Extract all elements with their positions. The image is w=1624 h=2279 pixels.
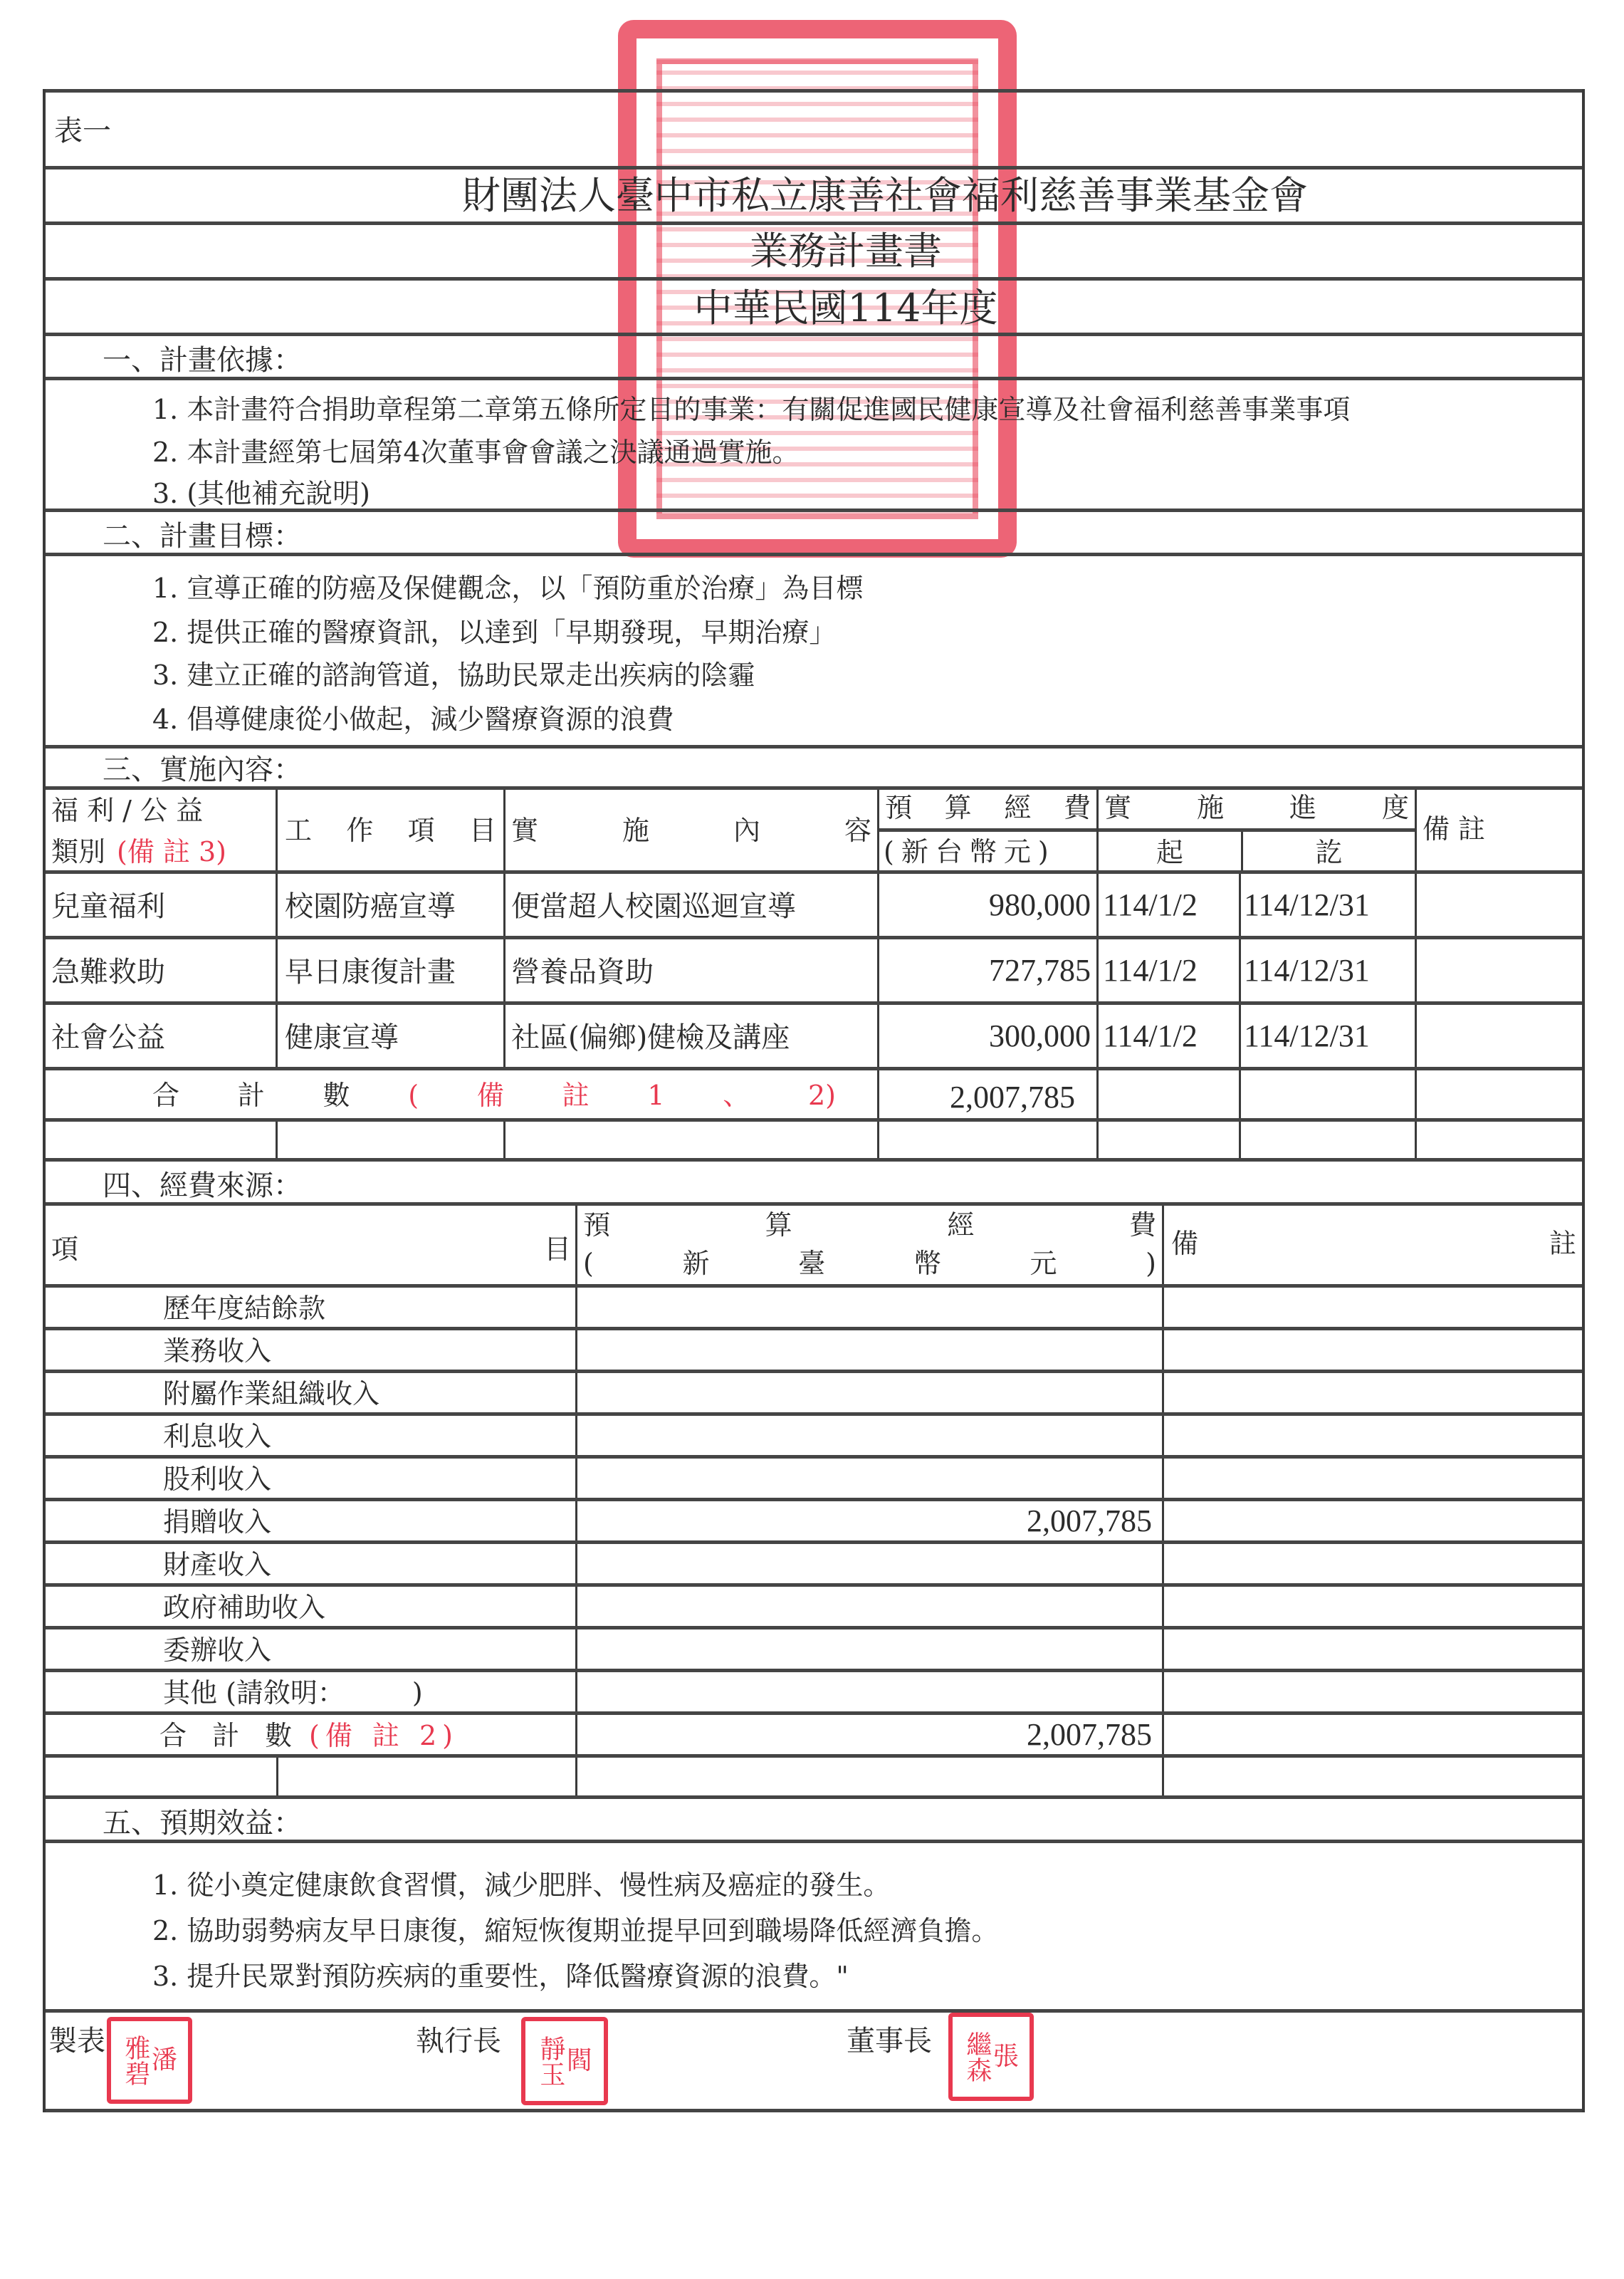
col-work-item: 工作項目 bbox=[276, 790, 503, 870]
hdr-char: 元 bbox=[1030, 1250, 1057, 1277]
preparer-seal: 潘 雅碧 bbox=[107, 2017, 192, 2104]
funding-row: 業務收入 bbox=[46, 1327, 1582, 1370]
funding-item: 捐贈收入 bbox=[163, 1508, 271, 1535]
col-budget: 預算經費 (新台幣元) bbox=[877, 790, 1096, 870]
doc-title: 業務計畫書 bbox=[46, 232, 1582, 271]
hdr-char: 算 bbox=[765, 1211, 792, 1238]
col-item-label-right: 目 bbox=[544, 1236, 571, 1263]
col-start: 起 bbox=[1099, 832, 1241, 870]
funding-row: 附屬作業組織收入 bbox=[46, 1370, 1582, 1412]
hdr-char: 實 bbox=[1104, 794, 1131, 821]
chair-seal: 張 繼森 bbox=[948, 2013, 1034, 2101]
row-budget: 727,785 bbox=[989, 955, 1091, 986]
org-title-row: 財團法人臺中市私立康善社會福利慈善事業基金會 bbox=[46, 166, 1582, 221]
row-start: 114/1/2 bbox=[1103, 955, 1198, 986]
funding-item: 其他 (請敘明： ) bbox=[163, 1679, 423, 1706]
hdr-char: ( bbox=[583, 1250, 594, 1277]
row-work-item: 校園防癌宣導 bbox=[285, 892, 456, 921]
hdr-char: 算 bbox=[945, 794, 972, 821]
col-category-note: (備 註 3) bbox=[117, 838, 226, 865]
row-end: 114/12/31 bbox=[1244, 955, 1370, 986]
section4-heading: 四、經費來源： bbox=[103, 1172, 302, 1200]
total-note-char: 2) bbox=[808, 1082, 836, 1109]
basis-item-1: 1. 本計畫符合捐助章程第二章第五條所定目的事業：有關促進國民健康宣導及社會福利… bbox=[152, 396, 1350, 423]
seal-text: 張 bbox=[993, 2043, 1019, 2070]
benefit-item-3: 3. 提升民眾對預防疾病的重要性，降低醫療資源的浪費。" bbox=[152, 1963, 849, 1990]
row-content: 社區(偏鄉)健檢及講座 bbox=[511, 1023, 790, 1052]
ceo-label: 執行長 bbox=[416, 2027, 501, 2055]
section3-heading: 三、實施內容： bbox=[103, 756, 302, 784]
funding-total-amount: 2,007,785 bbox=[1027, 1719, 1152, 1751]
funding-item: 委辦收入 bbox=[163, 1637, 271, 1664]
impl-total-row: 合 計 數 ( 備 註 1 、 2) 2,007,785 bbox=[46, 1067, 1582, 1118]
hdr-char: ) bbox=[1146, 1250, 1156, 1277]
col-remark: 備註 bbox=[1415, 790, 1582, 870]
row-content: 營養品資助 bbox=[511, 958, 654, 986]
row-budget: 300,000 bbox=[989, 1021, 1091, 1052]
section3-heading-row: 三、實施內容： bbox=[46, 745, 1582, 786]
funding-item: 政府補助收入 bbox=[163, 1594, 325, 1621]
signature-row: 製表 潘 雅碧 執行長 閻 靜玉 董事長 張 繼森 bbox=[46, 2009, 1582, 2112]
section2-heading: 二、計畫目標： bbox=[103, 522, 302, 551]
col-funding-budget: 預算經費 (新臺幣元) bbox=[575, 1206, 1162, 1284]
section5-heading: 五、預期效益： bbox=[103, 1809, 302, 1837]
row-work-item: 健康宣導 bbox=[285, 1023, 399, 1052]
hdr-char: 容 bbox=[844, 817, 871, 844]
year-row: 中華民國114年度 bbox=[46, 277, 1582, 333]
row-start: 114/1/2 bbox=[1103, 890, 1198, 921]
col-end-label: 訖 bbox=[1243, 839, 1415, 866]
impl-table-row: 兒童福利 校園防癌宣導 便當超人校園巡迴宣導 980,000 114/1/2 1… bbox=[46, 870, 1582, 936]
total-note-char: 備 bbox=[477, 1082, 504, 1109]
doc-title-row: 業務計畫書 bbox=[46, 221, 1582, 277]
section2-heading-row: 二、計畫目標： bbox=[46, 509, 1582, 553]
plan-year: 中華民國114年度 bbox=[46, 289, 1582, 328]
total-note-char: 1 bbox=[647, 1082, 664, 1109]
goal-item-4: 4. 倡導健康從小做起，減少醫療資源的浪費 bbox=[152, 706, 674, 733]
hdr-char: 臺 bbox=[798, 1250, 825, 1277]
total-char: 計 bbox=[238, 1082, 265, 1109]
row-budget: 980,000 bbox=[989, 890, 1091, 921]
row-category: 兒童福利 bbox=[51, 892, 165, 921]
hdr-char: 實 bbox=[511, 817, 538, 844]
hdr-char: 幣 bbox=[914, 1250, 941, 1277]
hdr-char: 進 bbox=[1289, 794, 1316, 821]
seal-text: 閻 bbox=[567, 2048, 592, 2075]
benefit-item-1: 1. 從小奠定健康飲食習慣，減少肥胖、慢性病及癌症的發生。 bbox=[152, 1872, 890, 1899]
section1-heading-row: 一、計畫依據： bbox=[46, 333, 1582, 377]
total-note-char: ( bbox=[408, 1082, 419, 1109]
funding-row: 歷年度結餘款 bbox=[46, 1284, 1582, 1327]
impl-blank-row bbox=[46, 1118, 1582, 1158]
chair-label: 董事長 bbox=[847, 2027, 932, 2055]
funding-total-row: 合 計 數 (備 註 2) 2,007,785 bbox=[46, 1711, 1582, 1754]
seal-text: 繼森 bbox=[963, 2031, 990, 2082]
col-funding-remark: 備 註 bbox=[1162, 1206, 1582, 1284]
seal-text: 潘 bbox=[152, 2047, 177, 2074]
hdr-char: 內 bbox=[733, 817, 760, 844]
col-end: 訖 bbox=[1241, 832, 1415, 870]
section5-heading-row: 五、預期效益： bbox=[46, 1795, 1582, 1840]
col-start-label: 起 bbox=[1099, 839, 1241, 866]
ceo-seal: 閻 靜玉 bbox=[521, 2017, 608, 2105]
goal-item-1: 1. 宣導正確的防癌及保健觀念，以「預防重於治療」為目標 bbox=[152, 575, 863, 602]
hdr-char: 項 bbox=[408, 817, 435, 844]
impl-table-row: 急難救助 早日康復計畫 營養品資助 727,785 114/1/2 114/12… bbox=[46, 936, 1582, 1001]
funding-row: 財產收入 bbox=[46, 1540, 1582, 1583]
impl-total-label: 合 計 數 ( 備 註 1 、 2) bbox=[152, 1082, 836, 1109]
funding-row: 政府補助收入 bbox=[46, 1583, 1582, 1626]
funding-total-note: (備 註 2) bbox=[309, 1722, 459, 1749]
basis-item-3: 3. (其他補充說明) bbox=[152, 480, 370, 507]
row-category: 急難救助 bbox=[51, 958, 165, 986]
row-end: 114/12/31 bbox=[1244, 1021, 1370, 1052]
total-note-char: 註 bbox=[562, 1082, 590, 1109]
hdr-char: 預 bbox=[885, 794, 912, 821]
col-category-line1: 福 利 / 公 益 bbox=[51, 797, 203, 824]
funding-item: 股利收入 bbox=[163, 1466, 271, 1493]
goal-item-2: 2. 提供正確的醫療資訊，以達到「早期發現，早期治療」 bbox=[152, 619, 836, 646]
funding-row: 利息收入 bbox=[46, 1412, 1582, 1455]
funding-item: 歷年度結餘款 bbox=[163, 1295, 325, 1322]
section5-body: 1. 從小奠定健康飲食習慣，減少肥胖、慢性病及癌症的發生。 2. 協助弱勢病友早… bbox=[46, 1840, 1582, 2009]
col-remark-left: 備 bbox=[1171, 1230, 1198, 1257]
section1-body: 1. 本計畫符合捐助章程第二章第五條所定目的事業：有關促進國民健康宣導及社會福利… bbox=[46, 377, 1582, 509]
org-name: 財團法人臺中市私立康善社會福利慈善事業基金會 bbox=[46, 177, 1582, 215]
hdr-char: 經 bbox=[947, 1211, 974, 1238]
funding-row: 其他 (請敘明： ) bbox=[46, 1669, 1582, 1711]
funding-item: 業務收入 bbox=[163, 1337, 271, 1365]
hdr-char: 目 bbox=[469, 817, 496, 844]
col-budget-unit: (新台幣元) bbox=[884, 838, 1056, 865]
row-start: 114/1/2 bbox=[1103, 1021, 1198, 1052]
row-work-item: 早日康復計畫 bbox=[285, 958, 456, 986]
hdr-char: 作 bbox=[346, 817, 373, 844]
col-remark-label: 備註 bbox=[1423, 815, 1494, 843]
funding-item: 財產收入 bbox=[163, 1551, 271, 1578]
seal-text: 雅碧 bbox=[122, 2035, 149, 2086]
hdr-char: 工 bbox=[285, 817, 312, 844]
hdr-char: 費 bbox=[1129, 1211, 1156, 1238]
section1-heading: 一、計畫依據： bbox=[103, 346, 302, 375]
seal-text: 靜玉 bbox=[537, 2035, 564, 2087]
preparer-label: 製表 bbox=[48, 2027, 105, 2055]
funding-table-header: 項 目 預算經費 (新臺幣元) 備 註 bbox=[46, 1202, 1582, 1284]
total-char: 數 bbox=[323, 1082, 350, 1109]
section4-heading-row: 四、經費來源： bbox=[46, 1158, 1582, 1202]
funding-row: 股利收入 bbox=[46, 1455, 1582, 1498]
hdr-char: 預 bbox=[583, 1211, 610, 1238]
impl-table-row: 社會公益 健康宣導 社區(偏鄉)健檢及講座 300,000 114/1/2 11… bbox=[46, 1001, 1582, 1067]
funding-blank-row bbox=[46, 1754, 1582, 1795]
basis-item-2: 2. 本計畫經第七屆第4次董事會會議之決議通過實施。 bbox=[152, 439, 800, 466]
col-progress: 實施進度 起 訖 bbox=[1096, 790, 1415, 870]
hdr-char: 經 bbox=[1004, 794, 1031, 821]
row-end: 114/12/31 bbox=[1244, 890, 1370, 921]
hdr-char: 施 bbox=[622, 817, 649, 844]
goal-item-3: 3. 建立正確的諮詢管道，協助民眾走出疾病的陰霾 bbox=[152, 662, 755, 689]
row-content: 便當超人校園巡迴宣導 bbox=[511, 892, 796, 921]
funding-row: 委辦收入 bbox=[46, 1626, 1582, 1669]
impl-total-budget: 2,007,785 bbox=[950, 1082, 1075, 1113]
form-number: 表一 bbox=[54, 117, 111, 145]
funding-row: 捐贈收入 2,007,785 bbox=[46, 1498, 1582, 1540]
funding-amount: 2,007,785 bbox=[1027, 1506, 1152, 1537]
col-category-line2: 類別 bbox=[51, 838, 105, 865]
business-plan-form: 表一 財團法人臺中市私立康善社會福利慈善事業基金會 業務計畫書 中華民國114年… bbox=[43, 89, 1585, 2112]
total-char: 合 bbox=[152, 1082, 179, 1109]
hdr-char: 新 bbox=[682, 1250, 709, 1277]
total-note-char: 、 bbox=[723, 1082, 750, 1109]
col-content: 實施內容 bbox=[503, 790, 877, 870]
funding-item: 利息收入 bbox=[163, 1423, 271, 1450]
section2-body: 1. 宣導正確的防癌及保健觀念，以「預防重於治療」為目標 2. 提供正確的醫療資… bbox=[46, 553, 1582, 745]
impl-table-header: 福 利 / 公 益 類別 (備 註 3) 工作項目 實施內容 預算經費 (新台幣… bbox=[46, 786, 1582, 870]
col-item-label-left: 項 bbox=[51, 1236, 78, 1263]
hdr-char: 施 bbox=[1197, 794, 1224, 821]
funding-item: 附屬作業組織收入 bbox=[163, 1380, 379, 1407]
hdr-char: 費 bbox=[1064, 794, 1091, 821]
benefit-item-2: 2. 協助弱勢病友早日康復，縮短恢復期並提早回到職場降低經濟負擔。 bbox=[152, 1917, 998, 1944]
col-remark-right: 註 bbox=[1549, 1230, 1576, 1257]
hdr-char: 度 bbox=[1382, 794, 1409, 821]
funding-total-label: 合 計 數 bbox=[159, 1722, 300, 1749]
row-category: 社會公益 bbox=[51, 1023, 165, 1052]
form-number-row: 表一 bbox=[46, 89, 1582, 166]
